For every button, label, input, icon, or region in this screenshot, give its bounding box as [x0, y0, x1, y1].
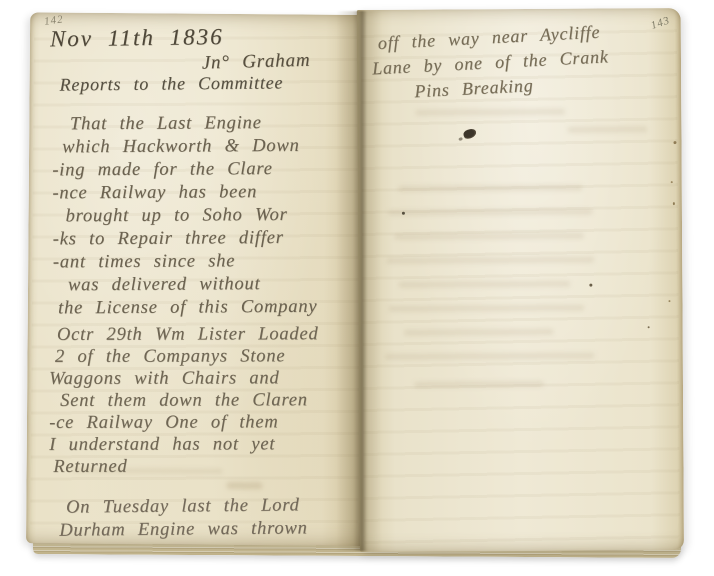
handwriting-line: -nce Railway has been [52, 181, 316, 206]
handwriting-line: brought up to Soho Wor [66, 204, 317, 229]
page-number: 143 [649, 14, 671, 32]
showthrough-mark [415, 109, 565, 116]
showthrough-mark [414, 381, 544, 388]
paper-speck [648, 326, 650, 328]
manuscript-photo: 142 Nov 11th 1836 Jn° Graham Reports to … [0, 0, 714, 576]
handwriting-line: -ce Railway One of them [49, 411, 319, 434]
paragraph: off the way near Aycliffe Lane by one of… [377, 19, 610, 106]
showthrough-mark [388, 209, 593, 216]
handwriting-line: 2 of the Companys Stone [55, 345, 319, 368]
paper-speck [668, 300, 670, 302]
showthrough-mark [386, 257, 594, 264]
entry-date: Nov 11th 1836 [50, 24, 224, 52]
handwriting-line: Octr 29th Wm Lister Loaded [57, 323, 319, 346]
handwriting-line: the License of this Company [58, 296, 317, 321]
showthrough-mark [398, 185, 583, 192]
paragraph: Octr 29th Wm Lister Loaded 2 of the Comp… [49, 323, 319, 478]
showthrough-mark [388, 305, 584, 312]
paper-speck [673, 202, 675, 205]
paper-speck [671, 181, 673, 183]
handwriting-line: Durham Engine was thrown [59, 517, 308, 542]
paper-speck [673, 141, 676, 144]
report-title: Reports to the Committee [60, 72, 284, 95]
showthrough-mark [567, 126, 647, 132]
author-signature: Jn° Graham [202, 50, 311, 75]
handwriting-line: which Hackworth & Down [62, 135, 316, 160]
left-page: 142 Nov 11th 1836 Jn° Graham Reports to … [26, 12, 366, 546]
handwriting-line: -ks to Repair three differ [53, 227, 317, 252]
handwriting-line: I understand has not yet [49, 433, 319, 456]
ink-blot [462, 128, 477, 141]
paper-speck [402, 212, 405, 215]
right-page: 143 off the way near Aycliffe Lane by on… [357, 8, 684, 552]
showthrough-mark [398, 281, 570, 288]
handwriting-line: was delivered without [68, 273, 317, 298]
handwriting-line: Waggons with Chairs and [49, 367, 319, 390]
handwriting-line: On Tuesday last the Lord [66, 494, 308, 519]
showthrough-mark [226, 482, 262, 489]
handwriting-line: That the Last Engine [70, 112, 316, 137]
paragraph: That the Last Engine which Hackworth & D… [52, 112, 318, 321]
handwriting-line: Returned [53, 455, 319, 478]
paper-speck [589, 284, 592, 287]
handwriting-line: Sent them down the Claren [60, 389, 319, 412]
handwriting-line: -ant times since she [53, 250, 317, 275]
paragraph: On Tuesday last the Lord Durham Engine w… [52, 494, 308, 542]
handwriting-line: -ing made for the Clare [52, 158, 316, 183]
showthrough-mark [385, 353, 595, 360]
showthrough-mark [394, 233, 584, 240]
showthrough-mark [404, 329, 554, 336]
